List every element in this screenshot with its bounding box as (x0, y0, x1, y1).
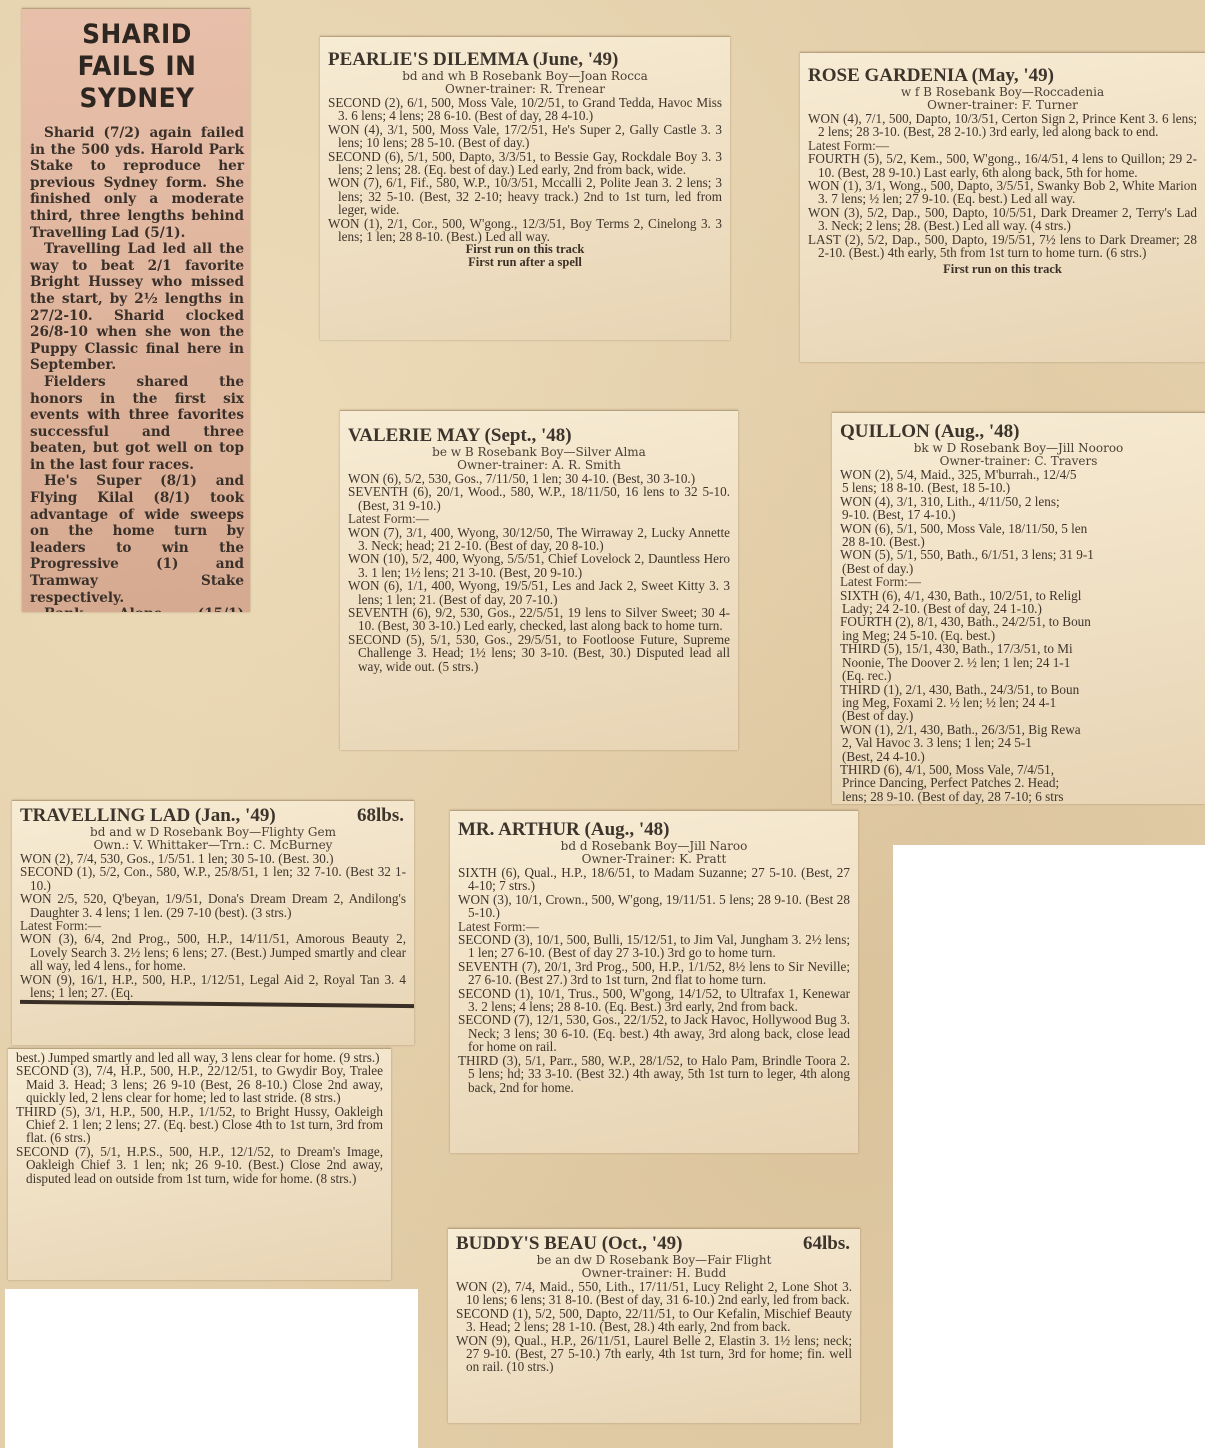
form-card-buddys-beau: BUDDY'S BEAU (Oct., '49) 64lbs. be an dw… (448, 1228, 860, 1423)
form-card-travelling-lad-continued: best.) Jumped smartly and led all way, 3… (8, 1048, 391, 1280)
race-entry: THIRD (6), 4/1, 500, Moss Vale, 7/4/51, (840, 763, 1197, 776)
race-entry: WON (3), 5/2, Dap., 500, Dapto, 10/5/51,… (808, 206, 1197, 233)
race-entry: Noonie, The Doover 2. ½ len; 1 len; 24 1… (840, 656, 1197, 669)
race-entry: WON (2), 5/4, Maid., 325, M'burrah., 12/… (840, 468, 1197, 481)
race-entry: SECOND (1), 5/2, 500, Dapto, 22/11/51, t… (456, 1307, 852, 1334)
race-entry: ing Meg, Foxami 2. ½ len; ½ len; 24 4-1 (840, 696, 1197, 709)
race-entry: SECOND (6), 5/1, 500, Dapto, 3/3/51, to … (328, 150, 722, 177)
form-note: First run after a spell (328, 256, 722, 269)
form-card-travelling-lad: TRAVELLING LAD (Jan., '49) 68lbs. bd and… (12, 800, 414, 1045)
race-entry: 9-10. (Best, 17 4-10.) (840, 508, 1197, 521)
race-entry: WON (4), 3/1, 500, Moss Vale, 17/2/51, H… (328, 123, 722, 150)
race-entry: WON (6), 5/2, 530, Gos., 7/11/50, 1 len;… (348, 472, 730, 485)
article-paragraph: He's Super (8/1) and Flying Kilal (8/1) … (30, 473, 244, 606)
blank-area-right (893, 845, 1205, 1448)
article-paragraph: Bank Alone (15/1) finished strongly to w… (30, 606, 244, 612)
race-entry: WON (6), 1/1, 400, Wyong, 19/5/51, Les a… (348, 579, 730, 606)
dog-title: MR. ARTHUR (Aug., '48) (458, 819, 850, 840)
race-entry: ing Meg; 24 5-10. (Eq. best.) (840, 629, 1197, 642)
race-entry: SECOND (3), 7/4, H.P., 500, H.P., 22/12/… (16, 1064, 383, 1104)
form-card-valerie-may: VALERIE MAY (Sept., '48) be w B Rosebank… (340, 410, 738, 750)
race-entry: SEVENTH (7), 20/1, 3rd Prog., 500, H.P.,… (458, 960, 850, 987)
form-card-quillon: QUILLON (Aug., '48) bk w D Rosebank Boy—… (832, 412, 1205, 804)
race-entry: Lady; 24 2-10. (Best of day, 24 1-10.) (840, 602, 1197, 615)
race-entry: SIXTH (6), Qual., H.P., 18/6/51, to Mada… (458, 866, 850, 893)
dog-title: PEARLIE'S DILEMMA (June, '49) (328, 49, 722, 70)
race-entry: WON (7), 3/1, 400, Wyong, 30/12/50, The … (348, 526, 730, 553)
race-entry: WON (10), 5/2, 400, Wyong, 5/5/51, Chief… (348, 552, 730, 579)
race-entry: WON (2), 7/4, Maid., 550, Lith., 17/11/5… (456, 1280, 852, 1307)
race-entry: FOURTH (2), 8/1, 430, Bath., 24/2/51, to… (840, 615, 1197, 628)
race-entry: lens; 28 9-10. (Best of day, 28 7-10; 6 … (840, 790, 1197, 803)
race-entry: WON (3), 10/1, Crown., 500, W'gong, 19/1… (458, 893, 850, 920)
dog-title: BUDDY'S BEAU (Oct., '49) 64lbs. (456, 1233, 852, 1254)
race-entry: LAST (2), 5/2, Dap., 500, Dapto, 19/5/51… (808, 233, 1197, 260)
dog-title: TRAVELLING LAD (Jan., '49) 68lbs. (20, 805, 406, 826)
race-entry: WON (1), 2/1, 430, Bath., 26/3/51, Big R… (840, 723, 1197, 736)
race-entry: WON 2/5, 520, Q'beyan, 1/9/51, Dona's Dr… (20, 892, 406, 919)
article-sharid-fails: SHARID FAILS IN SYDNEY Sharid (7/2) agai… (22, 8, 250, 612)
race-entry: WON (1), 3/1, Wong., 500, Dapto, 3/5/51,… (808, 179, 1197, 206)
race-entry: SIXTH (6), 4/1, 430, Bath., 10/2/51, to … (840, 589, 1197, 602)
latest-form-label: Latest Form:— (458, 920, 850, 933)
race-entry: FOURTH (5), 5/2, Kem., 500, W'gong., 16/… (808, 152, 1197, 179)
form-card-mr-arthur: MR. ARTHUR (Aug., '48) bd d Rosebank Boy… (450, 810, 858, 1153)
article-headline: SHARID FAILS IN SYDNEY (39, 19, 236, 115)
race-entry: WON (4), 3/1, 310, Lith., 4/11/50, 2 len… (840, 495, 1197, 508)
blank-area-bottom-left (5, 1289, 418, 1448)
article-paragraph: Fielders shared the honors in the first … (30, 374, 244, 474)
race-entry: WON (9), 16/1, H.P., 500, H.P., 1/12/51,… (20, 973, 406, 1000)
form-card-pearlies-dilemma: PEARLIE'S DILEMMA (June, '49) bd and wh … (320, 36, 730, 340)
race-entry: (Eq. rec.) (840, 669, 1197, 682)
race-entry: SEVENTH (6), 20/1, Wood., 580, W.P., 18/… (348, 485, 730, 512)
latest-form-label: Latest Form:— (840, 575, 1197, 588)
race-entry: WON (7), 6/1, Fif., 580, W.P., 10/3/51, … (328, 176, 722, 216)
race-entry: best.) Jumped smartly and led all way, 3… (16, 1051, 383, 1064)
race-entry: (Best of day.) (840, 709, 1197, 722)
race-entry: SECOND (1), 10/1, Trus., 500, W'gong, 14… (458, 987, 850, 1014)
form-card-rose-gardenia: ROSE GARDENIA (May, '49) w f B Rosebank … (800, 52, 1205, 362)
race-entry: (Best of day.) (840, 562, 1197, 575)
race-entry: WON (2), 7/4, 530, Gos., 1/5/51. 1 len; … (20, 852, 406, 865)
dog-weight: 68lbs. (357, 805, 404, 826)
latest-form-label: Latest Form:— (348, 512, 730, 525)
race-entry: WON (1), 2/1, Cor., 500, W'gong., 12/3/5… (328, 217, 722, 244)
race-entry: SECOND (2), 6/1, 500, Moss Vale, 10/2/51… (328, 96, 722, 123)
race-entry: 5 lens; 18 8-10. (Best, 18 5-10.) (840, 481, 1197, 494)
race-entry: SECOND (3), 10/1, 500, Bulli, 15/12/51, … (458, 933, 850, 960)
race-entry: SEVENTH (6), 9/2, 530, Gos., 22/5/51, 19… (348, 606, 730, 633)
race-entry: (Best, 24 4-10.) (840, 750, 1197, 763)
race-entry: WON (4), 7/1, 500, Dapto, 10/3/51, Certo… (808, 112, 1197, 139)
race-entry: 2, Val Havoc 3. 3 lens; 1 len; 24 5-1 (840, 736, 1197, 749)
form-note: First run on this track (808, 263, 1197, 276)
race-entry: SECOND (7), 12/1, 530, Gos., 22/1/52, to… (458, 1013, 850, 1053)
race-entry: SECOND (7), 5/1, H.P.S., 500, H.P., 12/1… (16, 1145, 383, 1185)
race-entry: WON (3), 6/4, 2nd Prog., 500, H.P., 14/1… (20, 932, 406, 972)
dog-title: QUILLON (Aug., '48) (840, 421, 1197, 442)
article-paragraph: Sharid (7/2) again failed in the 500 yds… (30, 125, 244, 241)
dog-title: ROSE GARDENIA (May, '49) (808, 65, 1197, 86)
race-entry: Prince Dancing, Perfect Patches 2. Head; (840, 776, 1197, 789)
race-entry: WON (5), 5/1, 550, Bath., 6/1/51, 3 lens… (840, 548, 1197, 561)
race-entry: THIRD (1), 2/1, 430, Bath., 24/3/51, to … (840, 683, 1197, 696)
race-entry: SECOND (5), 5/1, 530, Gos., 29/5/51, to … (348, 633, 730, 673)
article-paragraph: Travelling Lad led all the way to beat 2… (30, 241, 244, 374)
dog-weight: 64lbs. (803, 1233, 850, 1254)
race-entry: 28 8-10. (Best.) (840, 535, 1197, 548)
race-entry: SECOND (1), 5/2, Con., 580, W.P., 25/8/5… (20, 865, 406, 892)
dog-title: VALERIE MAY (Sept., '48) (348, 425, 730, 446)
race-entry: THIRD (5), 3/1, H.P., 500, H.P., 1/1/52,… (16, 1105, 383, 1145)
race-entry: WON (6), 5/1, 500, Moss Vale, 18/11/50, … (840, 522, 1197, 535)
race-entry: THIRD (5), 15/1, 430, Bath., 17/3/51, to… (840, 642, 1197, 655)
latest-form-label: Latest Form:— (20, 919, 406, 932)
race-entry: THIRD (3), 5/1, Parr., 580, W.P., 28/1/5… (458, 1054, 850, 1094)
race-entry: WON (9), Qual., H.P., 26/11/51, Laurel B… (456, 1334, 852, 1374)
latest-form-label: Latest Form:— (808, 139, 1197, 152)
clipping-divider (20, 1000, 414, 1008)
